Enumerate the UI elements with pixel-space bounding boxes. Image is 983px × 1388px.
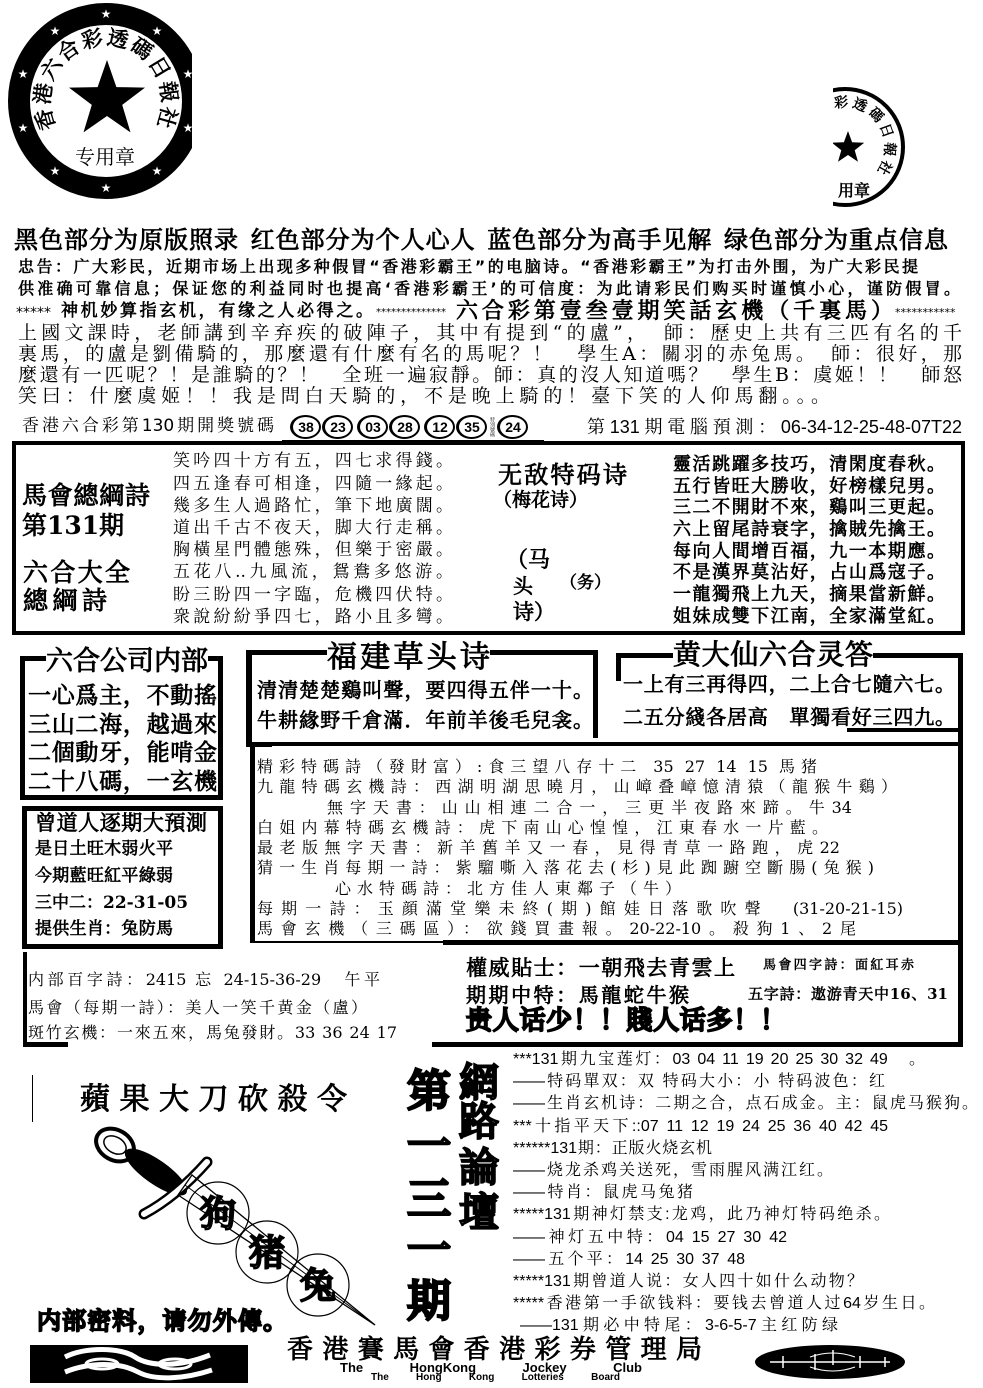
- zeng-box-title: 曾道人逐期大預測: [35, 812, 207, 833]
- poem-line: 四五逢春可相逢，四隨一緣起。: [173, 476, 453, 493]
- forum-banner-char: 路: [457, 1102, 501, 1142]
- fujian-box-title: 福建草头诗: [327, 643, 490, 673]
- poem-line: 盼三盼四一字臨，危機四伏特。: [173, 587, 453, 604]
- tip-line: 九龍特碼玄機詩：西湖明湖思曉月，山嶂叠嶂憶清猿（龍猴牛鷄）: [257, 779, 897, 795]
- company-line: 二個動牙，能啃金: [28, 741, 217, 764]
- secondary-stamp: 彩透碼日報社 用章: [780, 80, 983, 215]
- legend-black: 黑色部分为原版照录: [14, 228, 238, 252]
- computer-prediction: 第131期電腦預測：06-34-12-25-48-07T22: [587, 418, 962, 436]
- svg-text:★: ★: [183, 121, 194, 135]
- special-number-tag: 特別號碼: [489, 417, 494, 437]
- company-line: 三山二海，越過來: [28, 713, 217, 736]
- forum-line: ——五个平：14 25 30 37 48: [513, 1252, 745, 1268]
- company-line: 一心爲主，不動搖: [28, 684, 217, 707]
- forum-banner-char: 論: [457, 1148, 501, 1188]
- winning-number-ball: 28: [389, 415, 420, 439]
- forum-banner-char: 壇: [457, 1193, 501, 1233]
- poem-title: 六合大全: [23, 560, 130, 585]
- authority-tip: 權威貼士：一朝飛去青雲上: [466, 957, 735, 978]
- poem-line: 不是漢界莫沾好，占山爲寇子。: [673, 564, 945, 582]
- forum-line: *****131期神灯禁支:龙鸡，此乃神灯特码绝杀。: [513, 1207, 890, 1223]
- legend-red: 红色部分为个人心人: [251, 228, 475, 252]
- box-border: [246, 650, 252, 747]
- wongtaisin-line: 二五分綫各居高 單獨看好三四九。: [623, 707, 955, 727]
- joke-line: 上國文課時，老師講到辛弃疾的破陣子，其中有提到“的盧”， 師：歷史上共有三匹有名…: [18, 324, 962, 343]
- forum-line: ——特肖：鼠虎马兔猪: [513, 1185, 693, 1201]
- five-char-poem: 五字詩：遨游青天中16、31: [748, 987, 948, 1002]
- four-char-poem: 馬會四字詩：面紅耳赤: [763, 959, 914, 972]
- decor-stars: ***********: [895, 307, 965, 318]
- internal-notice: 内部密料，请勿外傳。: [37, 1309, 287, 1333]
- forum-line: ——生肖玄机诗：二期之合，点石成金。主：鼠虎马猴狗。: [513, 1096, 978, 1112]
- svg-text:★: ★: [152, 24, 163, 38]
- zeng-line: 今期藍旺紅平綠弱: [35, 868, 173, 885]
- main-stamp: ★★★ ★★★ ★★★ ★ 香港六合彩透碼日報社 专用章: [0, 0, 200, 205]
- company-line: 二十八碼，一玄機: [28, 770, 217, 793]
- sword-illustration: 狗 猪 兔: [0, 1115, 420, 1335]
- poem-line: 五行皆旺大勝收，好榜樣兒男。: [673, 478, 945, 496]
- info-line: 内部百字詩：2415 忘 24-15-36-29 午平: [28, 972, 380, 988]
- box-border: [250, 742, 963, 746]
- poem-title: 總綱詩: [23, 588, 107, 613]
- tip-line: 無字天書：山山相連二合一，三更半夜路來蹄。牛34: [327, 800, 852, 816]
- box-border: [23, 952, 27, 1047]
- winning-number-ball: 38: [290, 415, 321, 439]
- horse-poem-label: 头: [513, 576, 533, 596]
- forum-line: ******131期：正版火烧玄机: [513, 1141, 712, 1157]
- winning-number-ball: 23: [322, 415, 353, 439]
- footer-org-english-sub: The Hong Kong Lotteries Board: [371, 1373, 620, 1383]
- tip-line: 馬會玄機（三碼區）：欲錢買畫報。20-22-10。殺狗1、2尾: [257, 921, 856, 937]
- zodiac-rabbit: 兔: [300, 1266, 336, 1307]
- joke-line: 笑曰：什麼虞姬！！我是問白天騎的，不是晚上騎的！臺下笑的人仰馬翻。。。: [18, 387, 830, 406]
- svg-text:★: ★: [101, 181, 112, 195]
- decor-stars: *****: [16, 306, 61, 320]
- color-legend: 黑色部分为原版照录 红色部分为个人心人 蓝色部分为高手见解 绿色部分为重点信息: [14, 228, 948, 252]
- forum-banner-char: 網: [457, 1063, 501, 1103]
- tip-line: 每期一詩：玉顔滿堂樂未終(期)館娃日落歌吹聲 (31-20-21-15): [257, 901, 903, 917]
- svg-text:★: ★: [18, 67, 29, 81]
- issue-banner-char: 第: [406, 1070, 452, 1114]
- winning-number-ball: 03: [357, 415, 388, 439]
- winning-number-ball: 35: [456, 415, 487, 439]
- poem-line: 三二不開財不來，鷄叫三更起。: [673, 499, 945, 517]
- poem-issue: 第131期: [22, 513, 124, 538]
- zeng-line: 提供生肖：兔防馬: [35, 921, 173, 938]
- poem-title: 馬會總綱詩: [22, 483, 150, 508]
- legend-green: 绿色部分为重点信息: [724, 228, 948, 252]
- zodiac-dog: 狗: [200, 1194, 236, 1235]
- zeng-line: 是日土旺木弱火平: [35, 841, 173, 858]
- svg-text:★: ★: [152, 164, 163, 178]
- star-icon: [69, 60, 145, 132]
- box-border: [250, 941, 445, 943]
- box-border: [958, 742, 963, 945]
- svg-text:★: ★: [50, 24, 61, 38]
- special-poem-title: 无敌特码诗: [498, 463, 627, 487]
- zeng-line: 三中二：22-31-05: [35, 895, 183, 912]
- info-line: 斑竹玄機：一來五來，馬兔發財。33 36 24 17: [28, 1025, 397, 1041]
- forum-line: ——烧龙杀鸡关送死，雪雨腥风满江红。: [513, 1163, 833, 1179]
- special-number-ball: 24: [497, 415, 528, 439]
- company-box-title: 六合公司内部: [46, 648, 208, 675]
- box-border: [616, 653, 621, 681]
- fujian-line: 牛耕緣野千倉滿．年前羊後毛兒衾。: [257, 710, 593, 730]
- poem-line: 道出千古不夜天，脚大行走稱。: [173, 520, 453, 537]
- fujian-line: 清清楚楚鷄叫聲，要四得五伴一十。: [257, 680, 593, 700]
- joke-line: 麼還有一匹呢？！是誰騎的？！ 全班一遍寂靜。師：真的沒人知道嗎？ 學生B：虞姬！…: [18, 366, 962, 385]
- joke-intro: 神机妙算指玄机，有缘之人必得之。: [61, 303, 373, 320]
- notice-line: 供准确可靠信息；保证您的利益同时也提高‘香港彩霸王’的可信度：为此请彩民们购买时…: [18, 281, 960, 297]
- wongtaisin-box-title: 黄大仙六合灵答: [673, 641, 873, 669]
- tip-line: 白姐内幕特碼玄機詩：虎下南山心惶惶，江東春水一片藍。: [257, 820, 828, 836]
- poem-line: 姐妹成雙下江南，全家滿堂紅。: [673, 608, 945, 626]
- star-icon: [832, 131, 864, 162]
- svg-text:★: ★: [50, 164, 61, 178]
- horse-poem-label: （马: [506, 549, 550, 571]
- box-border: [432, 1042, 963, 1047]
- notice-line: 忠告：广大彩民，近期市场上出现多种假冒“香港彩霸王”的电脑诗。“香港彩霸王”为打…: [18, 259, 918, 275]
- tip-line: 最老版無字天書：新羊舊羊又一春，見得青草一路跑，虎22: [257, 840, 840, 856]
- box-border: [443, 940, 963, 945]
- poem-line: 衆說紛紛爭四七，路小且多彎。: [173, 609, 453, 626]
- legend-blue: 蓝色部分为高手见解: [487, 228, 711, 252]
- swirl-logo: [30, 1345, 248, 1383]
- horse-poem-label: 诗）: [513, 601, 555, 622]
- forum-line: ***131期九宝莲灯：03 04 11 19 20 25 30 32 49 。: [513, 1052, 925, 1068]
- poem-line: 六上留尾詩衰字，擒賊先擒王。: [673, 521, 945, 539]
- issue-banner-char: 一: [406, 1229, 452, 1273]
- poem-line: 每向人間增百福，九一本期應。: [673, 543, 945, 561]
- info-line: 馬會（每期一詩）：美人一笑千黄金（盧）: [28, 1000, 367, 1016]
- zodiac-pig: 猪: [249, 1233, 285, 1274]
- box-border: [250, 742, 255, 943]
- winning-number-ball: 12: [424, 415, 455, 439]
- tip-line: 精彩特碼詩（發財富）:食三望八存十二 35 27 14 15 馬猪: [257, 759, 817, 775]
- horse-poem-note: （务）: [560, 575, 611, 592]
- tip-line: 猜一生肖每期一詩：紫騮嘶入落花去(杉)見此踟躕空斷腸(兔猴): [257, 860, 874, 876]
- poem-line: 五花八..九風流，鴛鴦多悠游。: [173, 564, 453, 581]
- poem-line: 胸橫星門體態殊，但樂于密嚴。: [173, 542, 453, 559]
- wongtaisin-line: 一上有三再得四，二上合七隨六七。: [623, 674, 955, 694]
- poem-line: 笑吟四十方有五，四七求得錢。: [173, 453, 453, 470]
- issue-banner-char: 期: [406, 1280, 452, 1324]
- box-border: [958, 653, 963, 748]
- svg-text:★: ★: [101, 7, 112, 21]
- box-border: [23, 1042, 68, 1047]
- issue-banner-char: 一: [406, 1125, 452, 1169]
- forum-line: ——特码單双：双 特码大小：小 特码波色：红: [513, 1074, 885, 1090]
- oval-logo: [755, 1345, 905, 1379]
- joke-line: 裏馬，的盧是劉備騎的，那麼還有什麼有名的馬呢？！ 學生A：關羽的赤兔馬。 師：很…: [18, 345, 962, 364]
- poem-line: 一龍獨飛上九天，摘果當新鮮。: [673, 586, 945, 604]
- poem-line: 靈活跳躍多技巧，清閑度春秋。: [673, 456, 945, 474]
- svg-text:★: ★: [183, 67, 194, 81]
- forum-line: *****131期曾道人说：女人四十如什么动物？: [513, 1274, 863, 1290]
- forum-line: ——神灯五中特：04 15 27 30 42: [513, 1230, 787, 1246]
- apple-title: 蘋果大刀砍殺令: [80, 1085, 347, 1115]
- stamp-center-text: 用章: [838, 181, 870, 200]
- svg-text:★: ★: [18, 121, 29, 135]
- forum-line: ***十指平天下::07 11 12 19 24 25 36 40 42 45: [513, 1119, 888, 1135]
- stamp-center-text: 专用章: [75, 145, 135, 169]
- tip-line: 心水特碼詩：北方佳人東鄰子（牛）: [335, 881, 681, 897]
- draw-label: 香港六合彩第130期開獎號碼: [22, 418, 274, 435]
- slogan: 贵人话少！！賤人话多！！: [466, 1008, 786, 1034]
- special-poem-subtitle: （梅花诗）: [493, 491, 588, 510]
- joke-title: 六合彩第壹叁壹期笑話玄機（千裏馬）: [456, 301, 893, 323]
- forum-line: ——131期必中特尾：3-6-5-7主红防绿: [520, 1318, 838, 1334]
- box-border: [958, 945, 963, 1047]
- forum-line: *****香港第一手欲钱料：要钱去曾道人过64岁生日。: [513, 1296, 935, 1312]
- poem-line: 幾多生人過路忙，筆下地廣闊。: [173, 498, 453, 515]
- decor-stars: **************: [376, 308, 454, 318]
- every-period-special: 期期中特：馬龍蛇牛猴: [466, 985, 689, 1005]
- box-border: [593, 650, 598, 738]
- issue-banner-char: 三: [406, 1178, 452, 1222]
